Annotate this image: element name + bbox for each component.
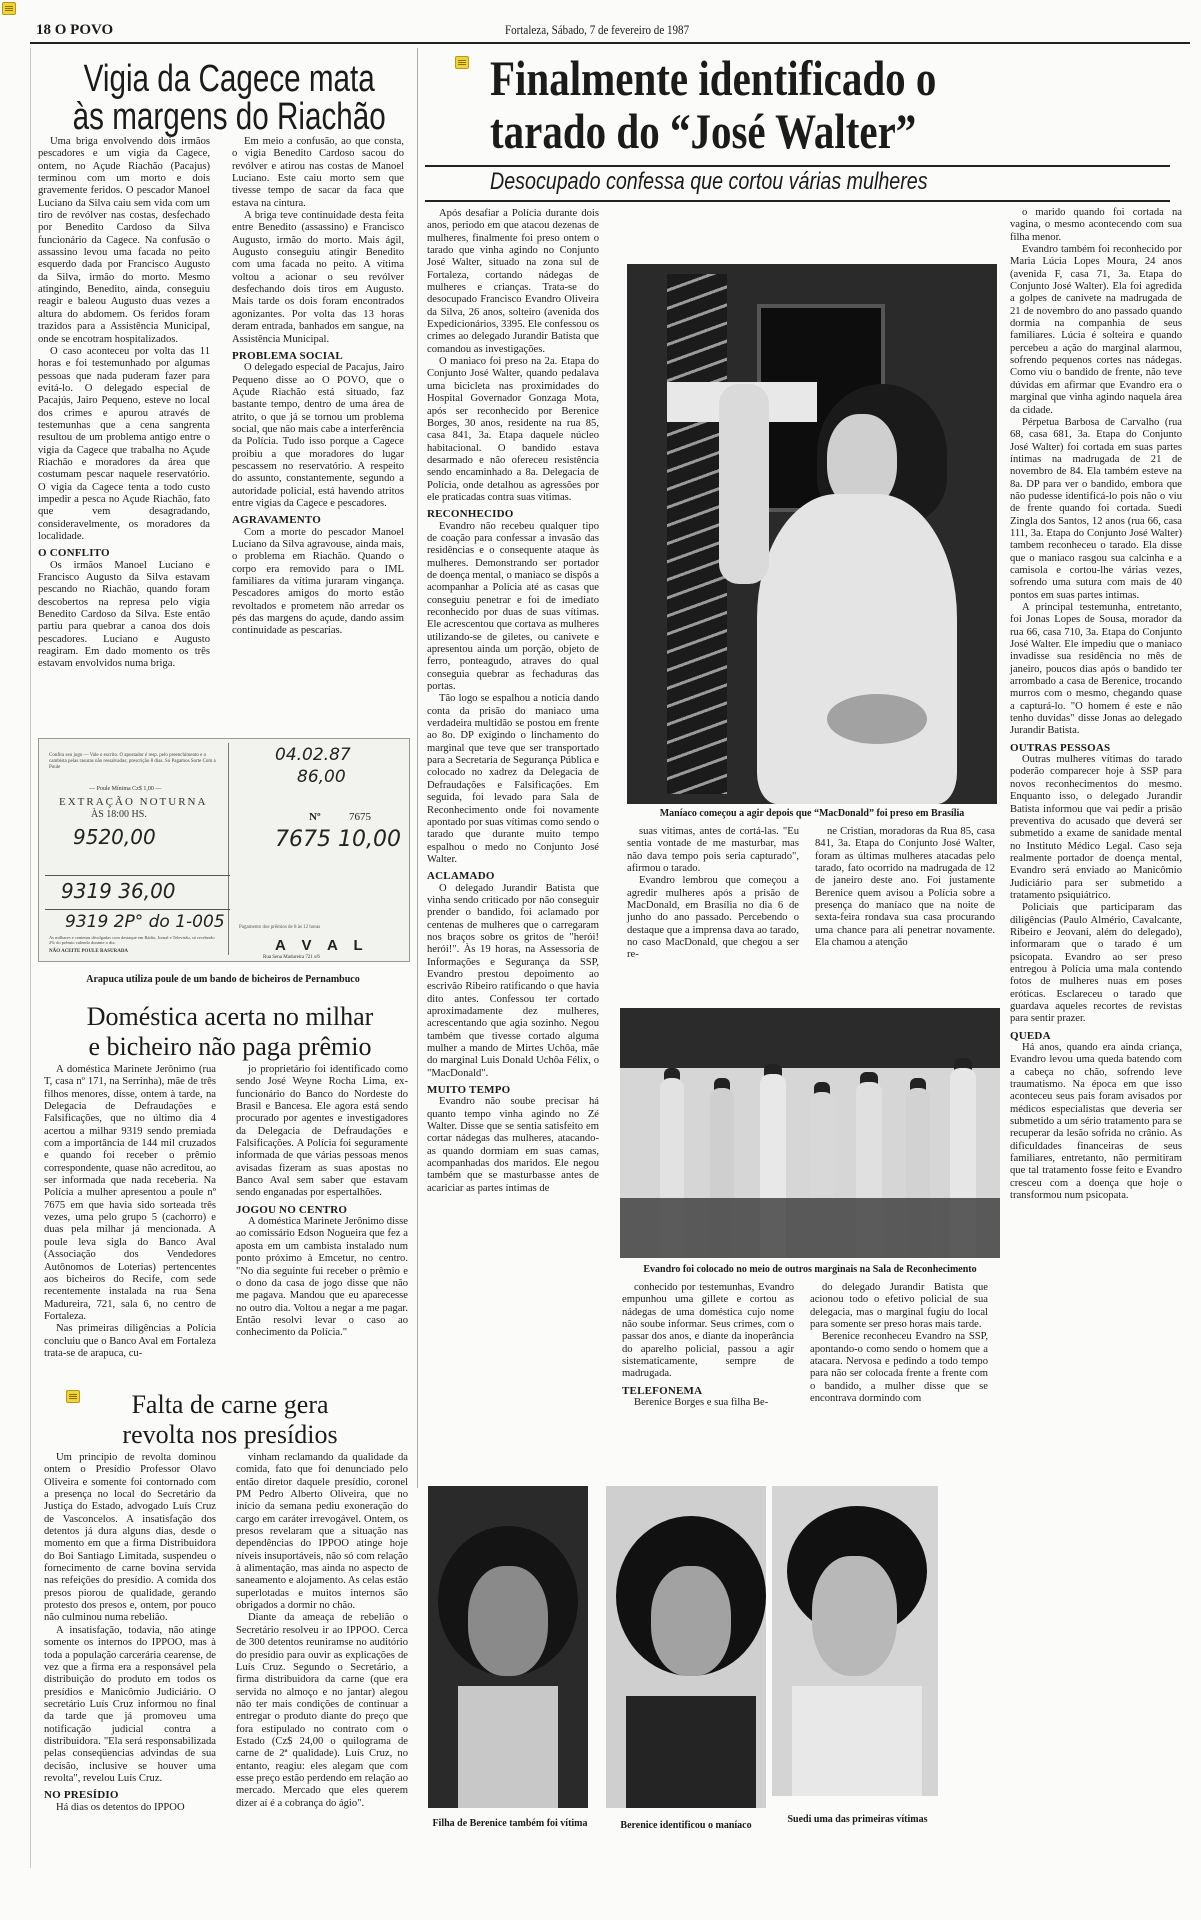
paragraph: A briga teve continuidade desta feita en… — [232, 210, 404, 346]
ticket-amount: 86,00 — [297, 767, 346, 787]
paragraph: O delegado Jurandir Batista que vinha se… — [427, 883, 599, 1081]
ticket-fine-print: As milhares e centenas divulgadas com de… — [49, 935, 219, 945]
headline-tarado: Finalmente identificado o tarado do “Jos… — [490, 52, 1195, 157]
section-heading: NO PRESÍDIO — [44, 1789, 216, 1801]
headline-carne: Falta de carne gera revolta nos presídio… — [50, 1390, 410, 1450]
article-column: conhecido por testemunhas, Evandro empun… — [622, 1282, 794, 1409]
paragraph: ne Cristian, moradoras da Rua 85, casa 8… — [815, 826, 995, 949]
paragraph: A principal testemunha, entretanto, foi … — [1010, 602, 1182, 738]
victim-photo — [428, 1486, 588, 1808]
paragraph: A doméstica Marinete Jerônimo (rua T, ca… — [44, 1064, 216, 1323]
poule-ticket-photo: Confira seu jogo — Vale o escrito. O apo… — [38, 738, 410, 962]
photo-caption: Suedi uma das primeiras vítimas — [770, 1814, 945, 1825]
article-column: vinham reclamando da qualidade da comida… — [236, 1452, 408, 1810]
paragraph: o marido quando foi cortada na vagina, o… — [1010, 207, 1182, 244]
paragraph: A insatisfação, todavia, não atinge some… — [44, 1625, 216, 1785]
section-heading: MUITO TEMPO — [427, 1084, 599, 1096]
paragraph: Evandro lembrou que começou a agredir mu… — [627, 875, 799, 961]
headline-line: revolta nos presídios — [50, 1420, 410, 1450]
photo-caption: Maníaco começou a agir depois que “MacDo… — [622, 808, 1002, 819]
paragraph: Outras mulheres vítimas do tarado poderã… — [1010, 754, 1182, 902]
subhead-rule — [425, 200, 1170, 202]
victim-photo — [606, 1486, 766, 1808]
paragraph: Evandro não recebeu qualquer tipo de coa… — [427, 521, 599, 694]
section-heading: QUEDA — [1010, 1030, 1182, 1042]
section-heading: AGRAVAMENTO — [232, 514, 404, 526]
photo-caption: Evandro foi colocado no meio de outros m… — [615, 1264, 1005, 1275]
paragraph: Uma briga envolvendo dois irmãos pescado… — [38, 136, 210, 346]
paragraph: Evandro também foi reconhecido por Maria… — [1010, 244, 1182, 417]
section-heading: TELEFONEMA — [622, 1385, 794, 1397]
paragraph: Berenice reconheceu Evandro na SSP, apon… — [810, 1331, 988, 1405]
ticket-address: Rua Sena Madureira 721 s/6 — [263, 955, 320, 960]
headline-line: Finalmente identificado o — [490, 52, 1195, 105]
section-heading: OUTRAS PESSOAS — [1010, 742, 1182, 754]
paragraph: Evandro não soube precisar há quanto tem… — [427, 1096, 599, 1195]
paragraph: Um princípio de revolta dominou ontem o … — [44, 1452, 216, 1625]
article-column: ne Cristian, moradoras da Rua 85, casa 8… — [815, 826, 995, 949]
paragraph: Diante da ameaça de rebelião o Secretári… — [236, 1612, 408, 1810]
paragraph: Tão logo se espalhou a noticia dando con… — [427, 693, 599, 866]
article-column: o marido quando foi cortada na vagina, o… — [1010, 207, 1182, 1203]
paragraph: jo proprietário foi identificado como se… — [236, 1064, 408, 1200]
section-heading: PROBLEMA SOCIAL — [232, 350, 404, 362]
section-heading: O CONFLITO — [38, 547, 210, 559]
article-column: Em meio a confusão, ao que consta, o vig… — [232, 136, 404, 638]
headline-line: Vigia da Cagece mata — [42, 60, 416, 98]
headline-domestica: Doméstica acerta no milhar e bicheiro nã… — [50, 1002, 410, 1062]
paragraph: Berenice Borges e sua filha Be- — [622, 1397, 794, 1409]
ticket-handwritten: 9319 36,00 — [61, 879, 176, 903]
paragraph: O caso aconteceu por volta das 11 horas … — [38, 346, 210, 544]
column-divider — [417, 48, 418, 1488]
ticket-number-label: Nº — [309, 811, 321, 823]
suspect-photo — [627, 264, 997, 804]
ticket-handwritten: 7675 10,00 — [275, 827, 401, 852]
article-column: A doméstica Marinete Jerônimo (rua T, ca… — [44, 1064, 216, 1360]
ticket-number: 7675 — [349, 811, 371, 823]
subheadline: Desocupado confessa que cortou várias mu… — [490, 168, 928, 196]
paragraph: O delegado especial de Pacajus, Jairo Pe… — [232, 362, 404, 510]
article-column: jo proprietário foi identificado como se… — [236, 1064, 408, 1340]
paragraph: Pérpetua Barbosa de Carvalho (rua 68, ca… — [1010, 417, 1182, 602]
comment-note-icon[interactable] — [455, 56, 469, 69]
headline-line: Doméstica acerta no milhar — [50, 1002, 410, 1032]
paragraph: O maniaco foi preso na 2a. Etapa do Conj… — [427, 356, 599, 504]
ticket-date: 04.02.87 — [275, 745, 351, 765]
headline-vigia: Vigia da Cagece mata às margens do Riach… — [42, 60, 416, 136]
lineup-photo — [620, 1008, 1000, 1258]
headline-line: Falta de carne gera — [50, 1390, 410, 1420]
paragraph: conhecido por testemunhas, Evandro empun… — [622, 1282, 794, 1381]
article-column: do delegado Jurandir Batista que acionou… — [810, 1282, 988, 1405]
ticket-warning: NÃO ACEITE POULE RASURADA — [49, 949, 128, 954]
photo-caption: Filha de Berenice também foi vítima — [420, 1818, 600, 1829]
ticket-min-poule: — Poule Mínima Cz$ 1,00 — — [89, 786, 161, 792]
photo-caption: Berenice identificou o maníaco — [596, 1820, 776, 1831]
ticket-fine-print: Confira seu jogo — Vale o escrito. O apo… — [49, 753, 219, 771]
ticket-time: ÀS 18:00 HS. — [91, 809, 147, 820]
paragraph: A doméstica Marinete Jerônimo disse ao c… — [236, 1216, 408, 1339]
headline-line: às margens do Riachão — [42, 98, 416, 136]
article-column: suas vitimas, antes de cortá-las. "Eu se… — [627, 826, 799, 962]
paragraph: Há anos, quando era ainda criança, Evand… — [1010, 1042, 1182, 1202]
headline-line: e bicheiro não paga prêmio — [50, 1032, 410, 1062]
ticket-handwritten: 9520,00 — [73, 825, 156, 849]
headline-rule — [425, 165, 1170, 167]
ticket-payment-note: Pagamento dos prêmios de 8 às 12 horas — [239, 925, 399, 930]
photo-caption: Arapuca utiliza poule de um bando de bic… — [38, 974, 408, 985]
paragraph: vinham reclamando da qualidade da comida… — [236, 1452, 408, 1612]
comment-note-icon[interactable] — [2, 2, 16, 15]
masthead-rule — [30, 42, 1190, 44]
paragraph: Em meio a confusão, ao que consta, o vig… — [232, 136, 404, 210]
paragraph: Os irmãos Manoel Luciano e Francisco Aug… — [38, 560, 210, 671]
paragraph: do delegado Jurandir Batista que acionou… — [810, 1282, 988, 1331]
headline-line: tarado do “José Walter” — [490, 105, 1195, 158]
ticket-extraction: EXTRAÇÃO NOTURNA — [59, 796, 207, 808]
article-column: Uma briga envolvendo dois irmãos pescado… — [38, 136, 210, 671]
article-column: Um princípio de revolta dominou ontem o … — [44, 1452, 216, 1814]
victim-photo — [772, 1486, 938, 1796]
paragraph: Policiais que participaram das diligênci… — [1010, 902, 1182, 1025]
paragraph: suas vitimas, antes de cortá-las. "Eu se… — [627, 826, 799, 875]
ticket-brand: A V A L — [275, 937, 369, 954]
ticket-handwritten: 9319 2P° do 1-005 — [65, 912, 225, 932]
page-number-label: 18 O POVO — [36, 22, 113, 39]
paragraph: Há dias os detentos do IPPOO — [44, 1802, 216, 1814]
section-heading: ACLAMADO — [427, 870, 599, 882]
paragraph: Após desafiar a Polícia durante dois ano… — [427, 208, 599, 356]
paragraph: Com a morte do pescador Manoel Luciano d… — [232, 527, 404, 638]
section-heading: JOGOU NO CENTRO — [236, 1204, 408, 1216]
article-column: Após desafiar a Polícia durante dois ano… — [427, 208, 599, 1195]
page-edge — [30, 48, 31, 1868]
dateline: Fortaleza, Sábado, 7 de fevereiro de 198… — [505, 22, 689, 38]
section-heading: RECONHECIDO — [427, 508, 599, 520]
paragraph: Nas primeiras diligências a Polícia conc… — [44, 1323, 216, 1360]
